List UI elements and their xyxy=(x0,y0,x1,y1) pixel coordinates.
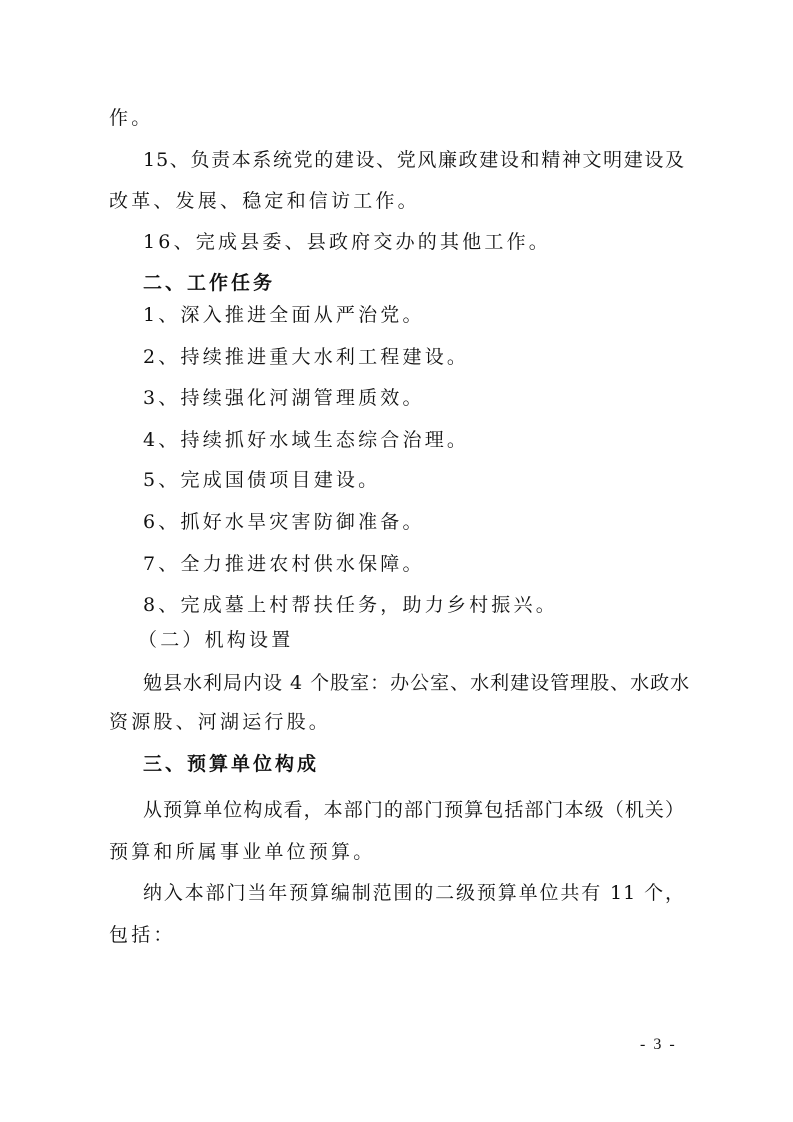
section-heading-work-tasks: 二、工作任务 xyxy=(143,272,719,294)
page-number: - 3 - xyxy=(640,1036,677,1054)
continuation-text: 作。 xyxy=(109,107,685,129)
task-item-6: 6、抓好水旱灾害防御准备。 xyxy=(143,511,719,533)
duty-16: 16、完成县委、县政府交办的其他工作。 xyxy=(143,231,719,253)
section-heading-budget-units: 三、预算单位构成 xyxy=(143,753,719,775)
org-paragraph-line2: 资源股、河湖运行股。 xyxy=(109,711,685,733)
budget-paragraph2-line1: 纳入本部门当年预算编制范围的二级预算单位共有 11 个， xyxy=(143,882,685,904)
task-item-7: 7、全力推进农村供水保障。 xyxy=(143,553,719,575)
task-item-2: 2、持续推进重大水利工程建设。 xyxy=(143,346,719,368)
budget-paragraph1-line2: 预算和所属事业单位预算。 xyxy=(109,841,685,863)
task-item-4: 4、持续抓好水域生态综合治理。 xyxy=(143,429,719,451)
subheading-org-setup: （二）机构设置 xyxy=(138,629,714,651)
task-item-3: 3、持续强化河湖管理质效。 xyxy=(143,387,719,409)
budget-paragraph1-line1: 从预算单位构成看，本部门的部门预算包括部门本级（机关） xyxy=(143,799,685,821)
task-item-8: 8、完成墓上村帮扶任务，助力乡村振兴。 xyxy=(143,594,719,616)
task-item-5: 5、完成国债项目建设。 xyxy=(143,469,719,491)
budget-paragraph2-line2: 包括： xyxy=(109,924,685,946)
task-item-1: 1、深入推进全面从严治党。 xyxy=(143,304,719,326)
duty-15-line1: 15、负责本系统党的建设、党风廉政建设和精神文明建设及 xyxy=(143,149,685,171)
org-paragraph-line1: 勉县水利局内设 4 个股室：办公室、水利建设管理股、水政水 xyxy=(143,672,685,694)
duty-15-line2: 改革、发展、稳定和信访工作。 xyxy=(109,190,685,212)
